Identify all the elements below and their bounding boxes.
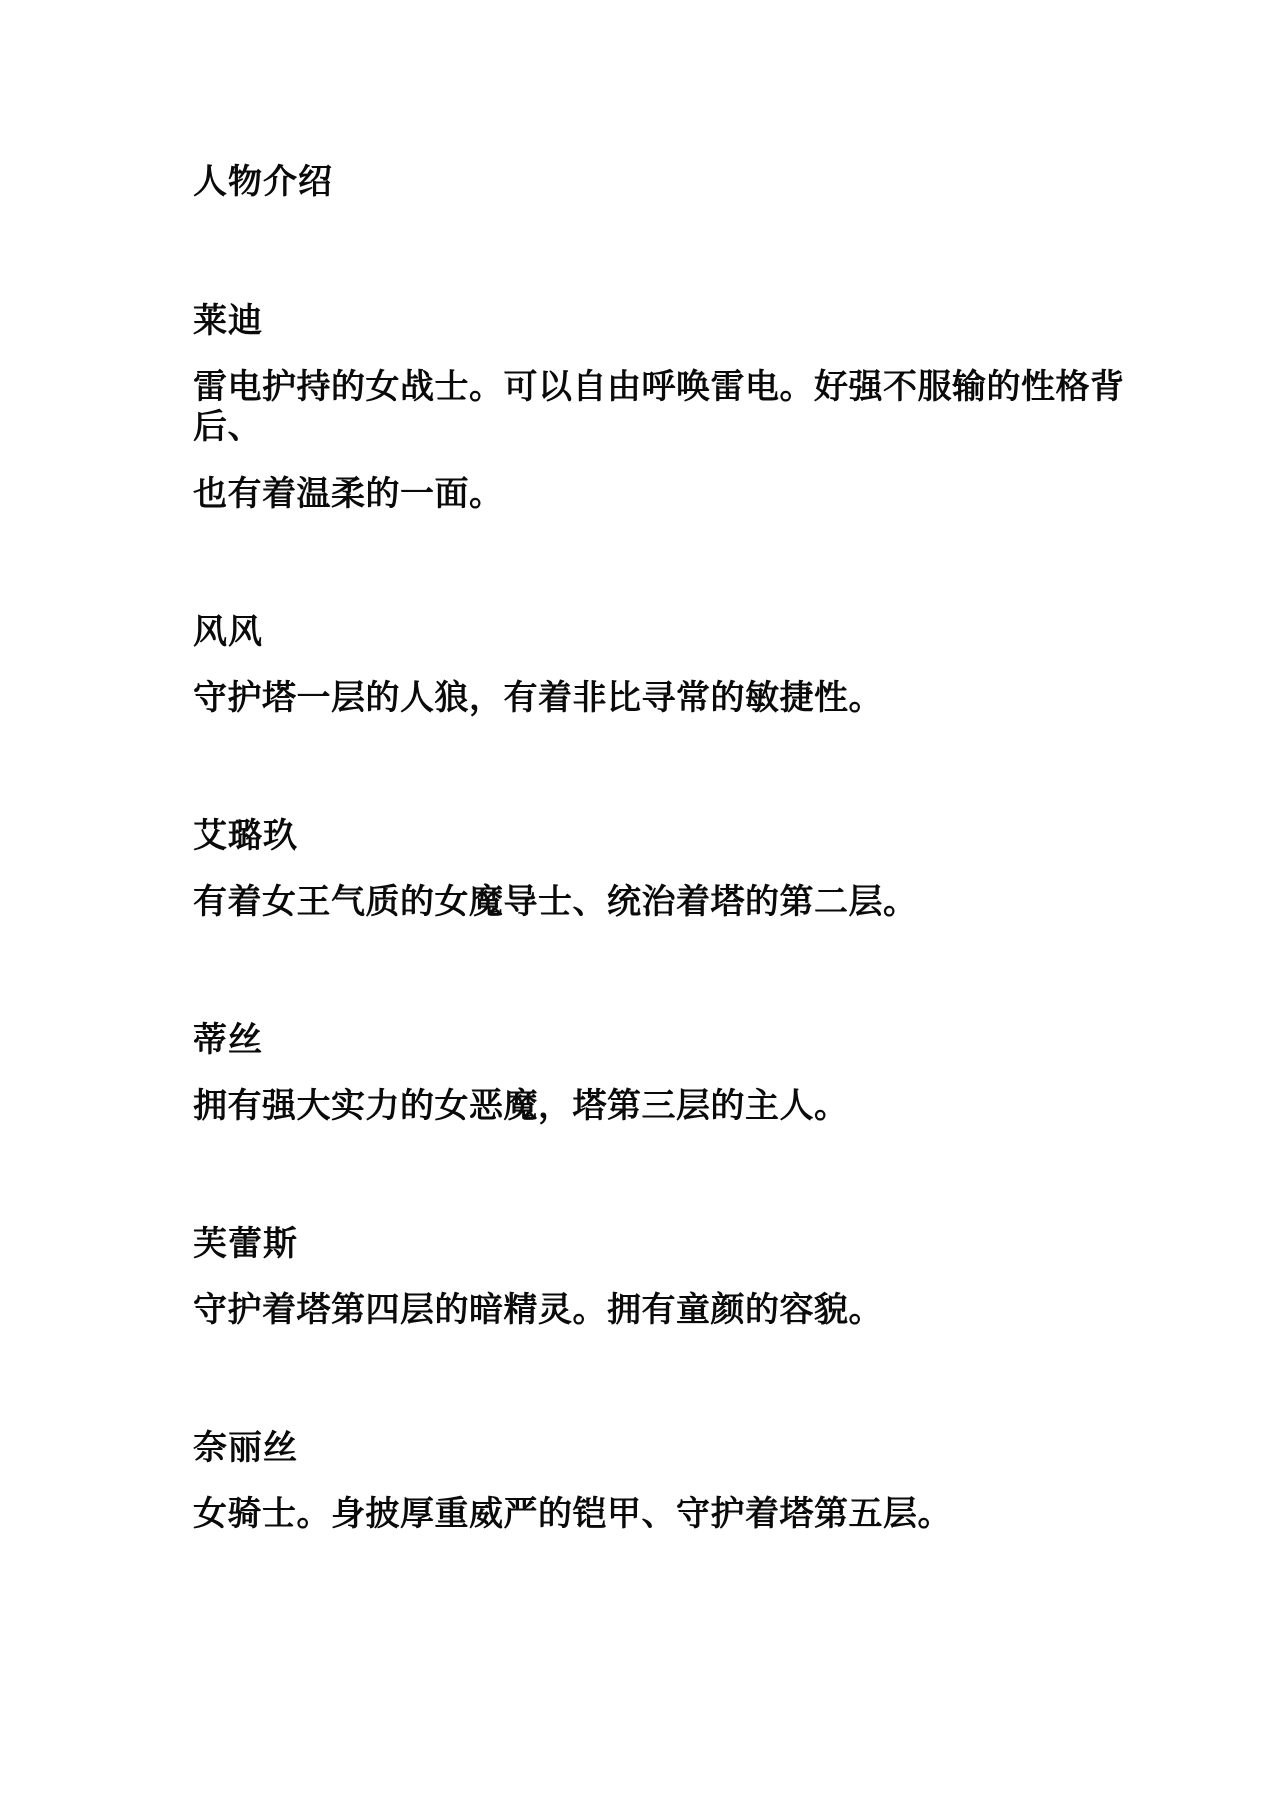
character-section-nailisi: 奈丽丝 女骑士。身披厚重威严的铠甲、守护着塔第五层。: [193, 1428, 1160, 1534]
description-line: 守护着塔第四层的暗精灵。拥有童颜的容貌。: [193, 1290, 1160, 1330]
character-description: 女骑士。身披厚重威严的铠甲、守护着塔第五层。: [193, 1494, 1160, 1534]
character-name: 风风: [193, 612, 1160, 652]
character-section-fengfeng: 风风 守护塔一层的人狼，有着非比寻常的敏捷性。: [193, 612, 1160, 718]
character-description: 守护着塔第四层的暗精灵。拥有童颜的容貌。: [193, 1290, 1160, 1330]
description-line: 雷电护持的女战士。可以自由呼唤雷电。好强不服输的性格背后、: [193, 367, 1160, 447]
description-line: 有着女王气质的女魔导士、统治着塔的第二层。: [193, 882, 1160, 922]
document-page: 人物介绍 莱迪 雷电护持的女战士。可以自由呼唤雷电。好强不服输的性格背后、 也有…: [0, 0, 1280, 1811]
character-name: 艾璐玖: [193, 816, 1160, 856]
character-description: 有着女王气质的女魔导士、统治着塔的第二层。: [193, 882, 1160, 922]
character-section-ailujiu: 艾璐玖 有着女王气质的女魔导士、统治着塔的第二层。: [193, 816, 1160, 922]
character-description: 拥有强大实力的女恶魔，塔第三层的主人。: [193, 1086, 1160, 1126]
character-section-laidi: 莱迪 雷电护持的女战士。可以自由呼唤雷电。好强不服输的性格背后、 也有着温柔的一…: [193, 301, 1160, 514]
page-title: 人物介绍: [193, 162, 1160, 202]
character-name: 奈丽丝: [193, 1428, 1160, 1468]
character-section-fuleisi: 芙蕾斯 守护着塔第四层的暗精灵。拥有童颜的容貌。: [193, 1224, 1160, 1330]
description-line: 也有着温柔的一面。: [193, 474, 1160, 514]
character-name: 芙蕾斯: [193, 1224, 1160, 1264]
description-line: 拥有强大实力的女恶魔，塔第三层的主人。: [193, 1086, 1160, 1126]
character-section-disi: 蒂丝 拥有强大实力的女恶魔，塔第三层的主人。: [193, 1020, 1160, 1126]
description-line: 守护塔一层的人狼，有着非比寻常的敏捷性。: [193, 678, 1160, 718]
character-name: 蒂丝: [193, 1020, 1160, 1060]
character-name: 莱迪: [193, 301, 1160, 341]
description-line: 女骑士。身披厚重威严的铠甲、守护着塔第五层。: [193, 1494, 1160, 1534]
character-description: 雷电护持的女战士。可以自由呼唤雷电。好强不服输的性格背后、 也有着温柔的一面。: [193, 367, 1160, 514]
character-description: 守护塔一层的人狼，有着非比寻常的敏捷性。: [193, 678, 1160, 718]
